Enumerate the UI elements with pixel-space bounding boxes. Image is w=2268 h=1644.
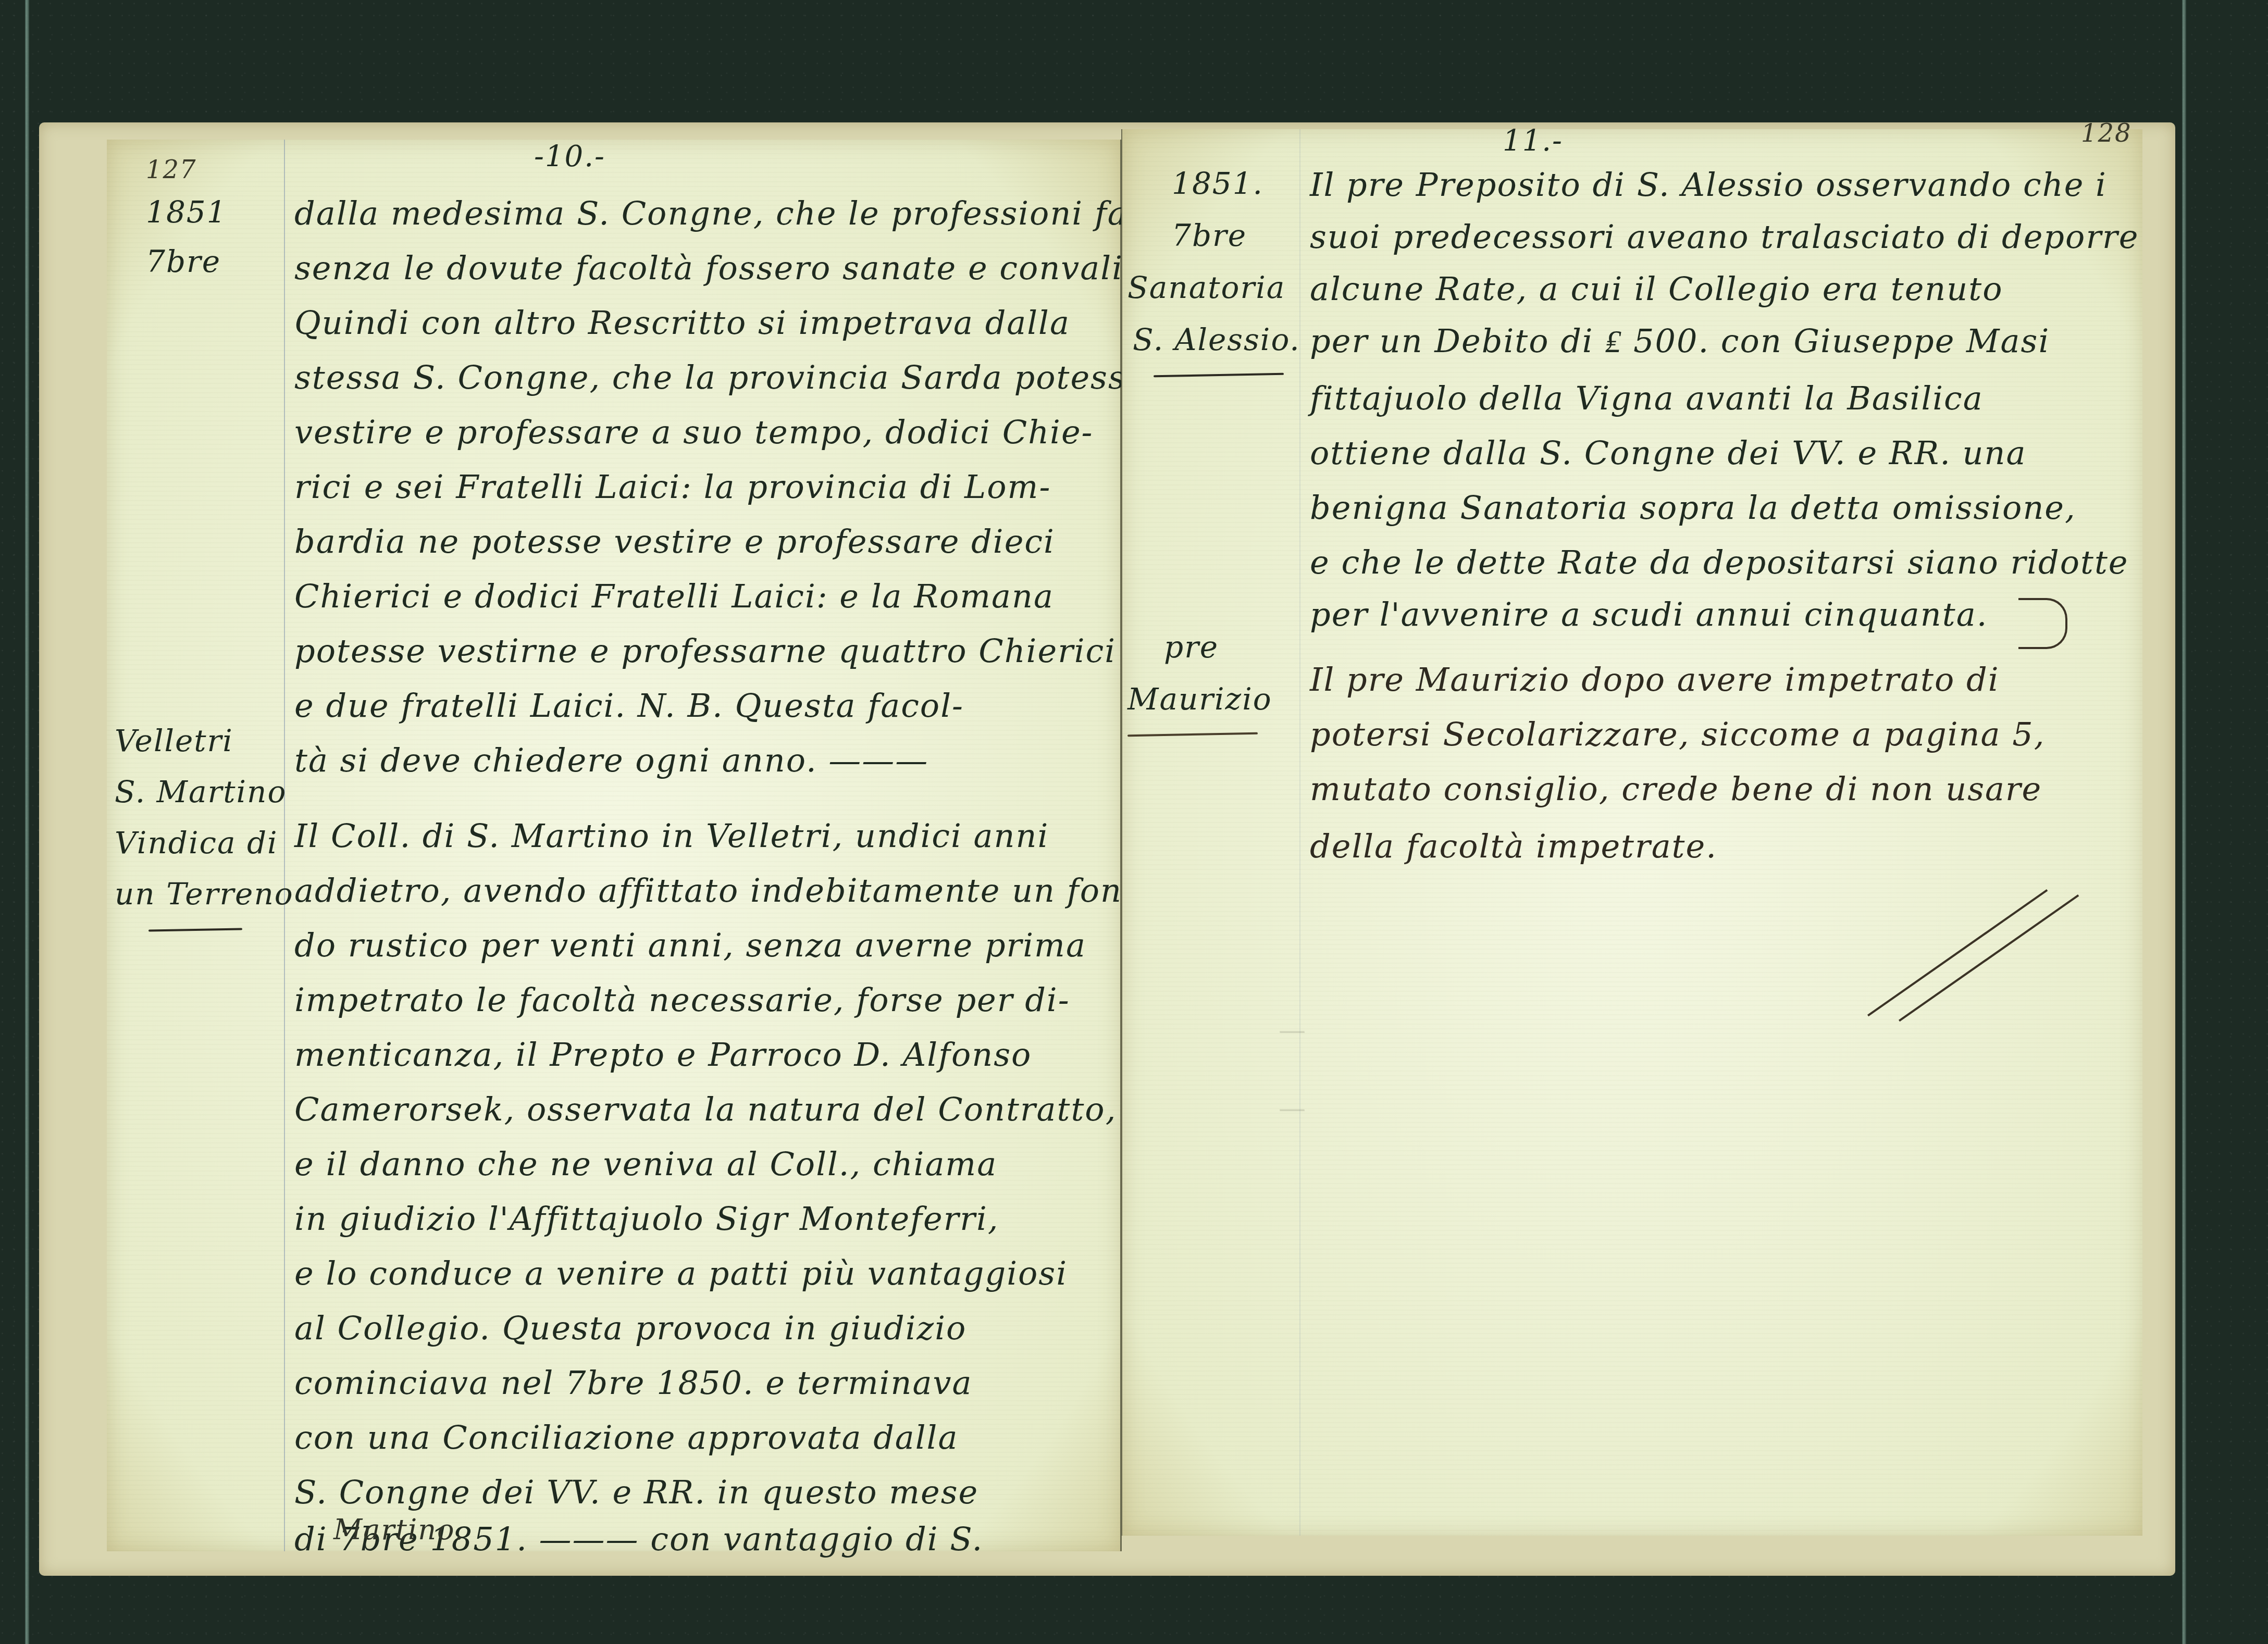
- text-line: al Collegio. Questa provoca in giudizio: [294, 1309, 966, 1347]
- margin-note-place: un Terreno: [115, 876, 294, 912]
- text-line: stessa S. Congne, che la provincia Sarda…: [294, 358, 1146, 396]
- text-line: Il pre Preposito di S. Alessio osservand…: [1310, 166, 2107, 204]
- margin-note-topic: Maurizio: [1127, 681, 1272, 717]
- text-line: per un Debito di ₤ 500. con Giuseppe Mas…: [1310, 322, 2050, 360]
- text-line: bardia ne potesse vestire e professare d…: [294, 522, 1055, 561]
- text-line: ottiene dalla S. Congne dei VV. e RR. un…: [1310, 434, 2026, 472]
- margin-divider: [1127, 732, 1258, 737]
- text-line: Quindi con altro Rescritto si impetrava …: [294, 304, 1070, 342]
- text-line: vestire e professare a suo tempo, dodici…: [294, 413, 1094, 451]
- text-line: tà si deve chiedere ogni anno. ———: [294, 741, 928, 779]
- text-line: della facoltà impetrate.: [1310, 827, 1717, 865]
- text-line: do rustico per venti anni, senza averne …: [294, 926, 1086, 964]
- closing-stroke-icon: [1867, 889, 2048, 1016]
- text-line: e lo conduce a venire a patti più vantag…: [294, 1254, 1068, 1292]
- text-line: Camerorsek, osservata la natura del Cont…: [294, 1090, 1117, 1128]
- text-line: suoi predecessori aveano tralasciato di …: [1310, 218, 2139, 256]
- margin-note-topic: pre: [1164, 629, 1219, 665]
- text-line: dalla medesima S. Congne, che le profess…: [294, 194, 1176, 232]
- left-page: 127 -10.- 1851 7bre Velletri S. Martino …: [107, 140, 1122, 1551]
- page-number: 128: [2081, 119, 2132, 148]
- margin-note-topic: S. Alessio.: [1133, 322, 1300, 357]
- margin-note-year: 1851.: [1172, 166, 1263, 201]
- text-line: e che le dette Rate da depositarsi siano…: [1310, 543, 2129, 581]
- glass-edge: [2182, 0, 2186, 1644]
- margin-note-month: 7bre: [1172, 218, 1247, 253]
- text-line: fittajuolo della Vigna avanti la Basilic…: [1310, 379, 1984, 417]
- text-line: potesse vestirne e professarne quattro C…: [294, 632, 1116, 670]
- margin-divider: [1154, 373, 1284, 377]
- margin-note-place: Velletri: [115, 723, 233, 758]
- folio-header: 11.-: [1503, 124, 1563, 158]
- closing-stroke-icon: [1899, 894, 2079, 1022]
- margin-note-place: S. Martino: [115, 774, 287, 809]
- margin-note-place: Vindica di: [115, 825, 278, 861]
- folio-header: -10.-: [534, 140, 605, 173]
- text-line: rici e sei Fratelli Laici: la provincia …: [294, 468, 1051, 506]
- margin-note-topic: Sanatoria: [1127, 270, 1285, 305]
- text-line-trailing: Martino.: [333, 1513, 465, 1546]
- margin-note-month: 7bre: [146, 244, 221, 279]
- text-line: Il Coll. di S. Martino in Velletri, undi…: [294, 817, 1049, 855]
- text-line: addietro, avendo affittato indebitamente…: [294, 871, 1134, 910]
- text-line: S. Congne dei VV. e RR. in questo mese: [294, 1473, 978, 1511]
- margin-rule: [284, 140, 285, 1551]
- glass-edge: [25, 0, 29, 1644]
- text-line: Il pre Maurizio dopo avere impetrato di: [1310, 661, 2000, 699]
- margin-divider: [148, 928, 242, 931]
- text-line: e il danno che ne veniva al Coll., chiam…: [294, 1145, 997, 1183]
- text-line: con una Conciliazione approvata dalla: [294, 1418, 958, 1456]
- text-line: potersi Secolarizzare, siccome a pagina …: [1310, 715, 2045, 753]
- right-page: 128 11.- 1851. 7bre Sanatoria S. Alessio…: [1121, 129, 2142, 1536]
- text-line: per l'avvenire a scudi annui cinquanta.: [1310, 595, 1988, 633]
- text-line: benigna Sanatoria sopra la detta omissio…: [1310, 489, 2076, 527]
- signature-flourish-icon: [2018, 598, 2067, 649]
- margin-note-year: 1851: [146, 194, 227, 230]
- text-line: senza le dovute facoltà fossero sanate e…: [294, 249, 1211, 287]
- text-line: mutato consiglio, crede bene di non usar…: [1310, 770, 2042, 808]
- text-line: impetrato le facoltà necessarie, forse p…: [294, 981, 1070, 1019]
- bleed-through-text: —: [1279, 1015, 1306, 1046]
- text-line: in giudizio l'Affittajuolo Sigr Montefer…: [294, 1200, 999, 1238]
- text-line: Chierici e dodici Fratelli Laici: e la R…: [294, 577, 1054, 615]
- text-line: cominciava nel 7bre 1850. e terminava: [294, 1364, 973, 1402]
- text-line: alcune Rate, a cui il Collegio era tenut…: [1310, 270, 2003, 308]
- text-line: e due fratelli Laici. N. B. Questa facol…: [294, 687, 964, 725]
- text-line: menticanza, il Prepto e Parroco D. Alfon…: [294, 1036, 1032, 1074]
- page-number: 127: [146, 155, 197, 184]
- bleed-through-text: —: [1279, 1093, 1306, 1124]
